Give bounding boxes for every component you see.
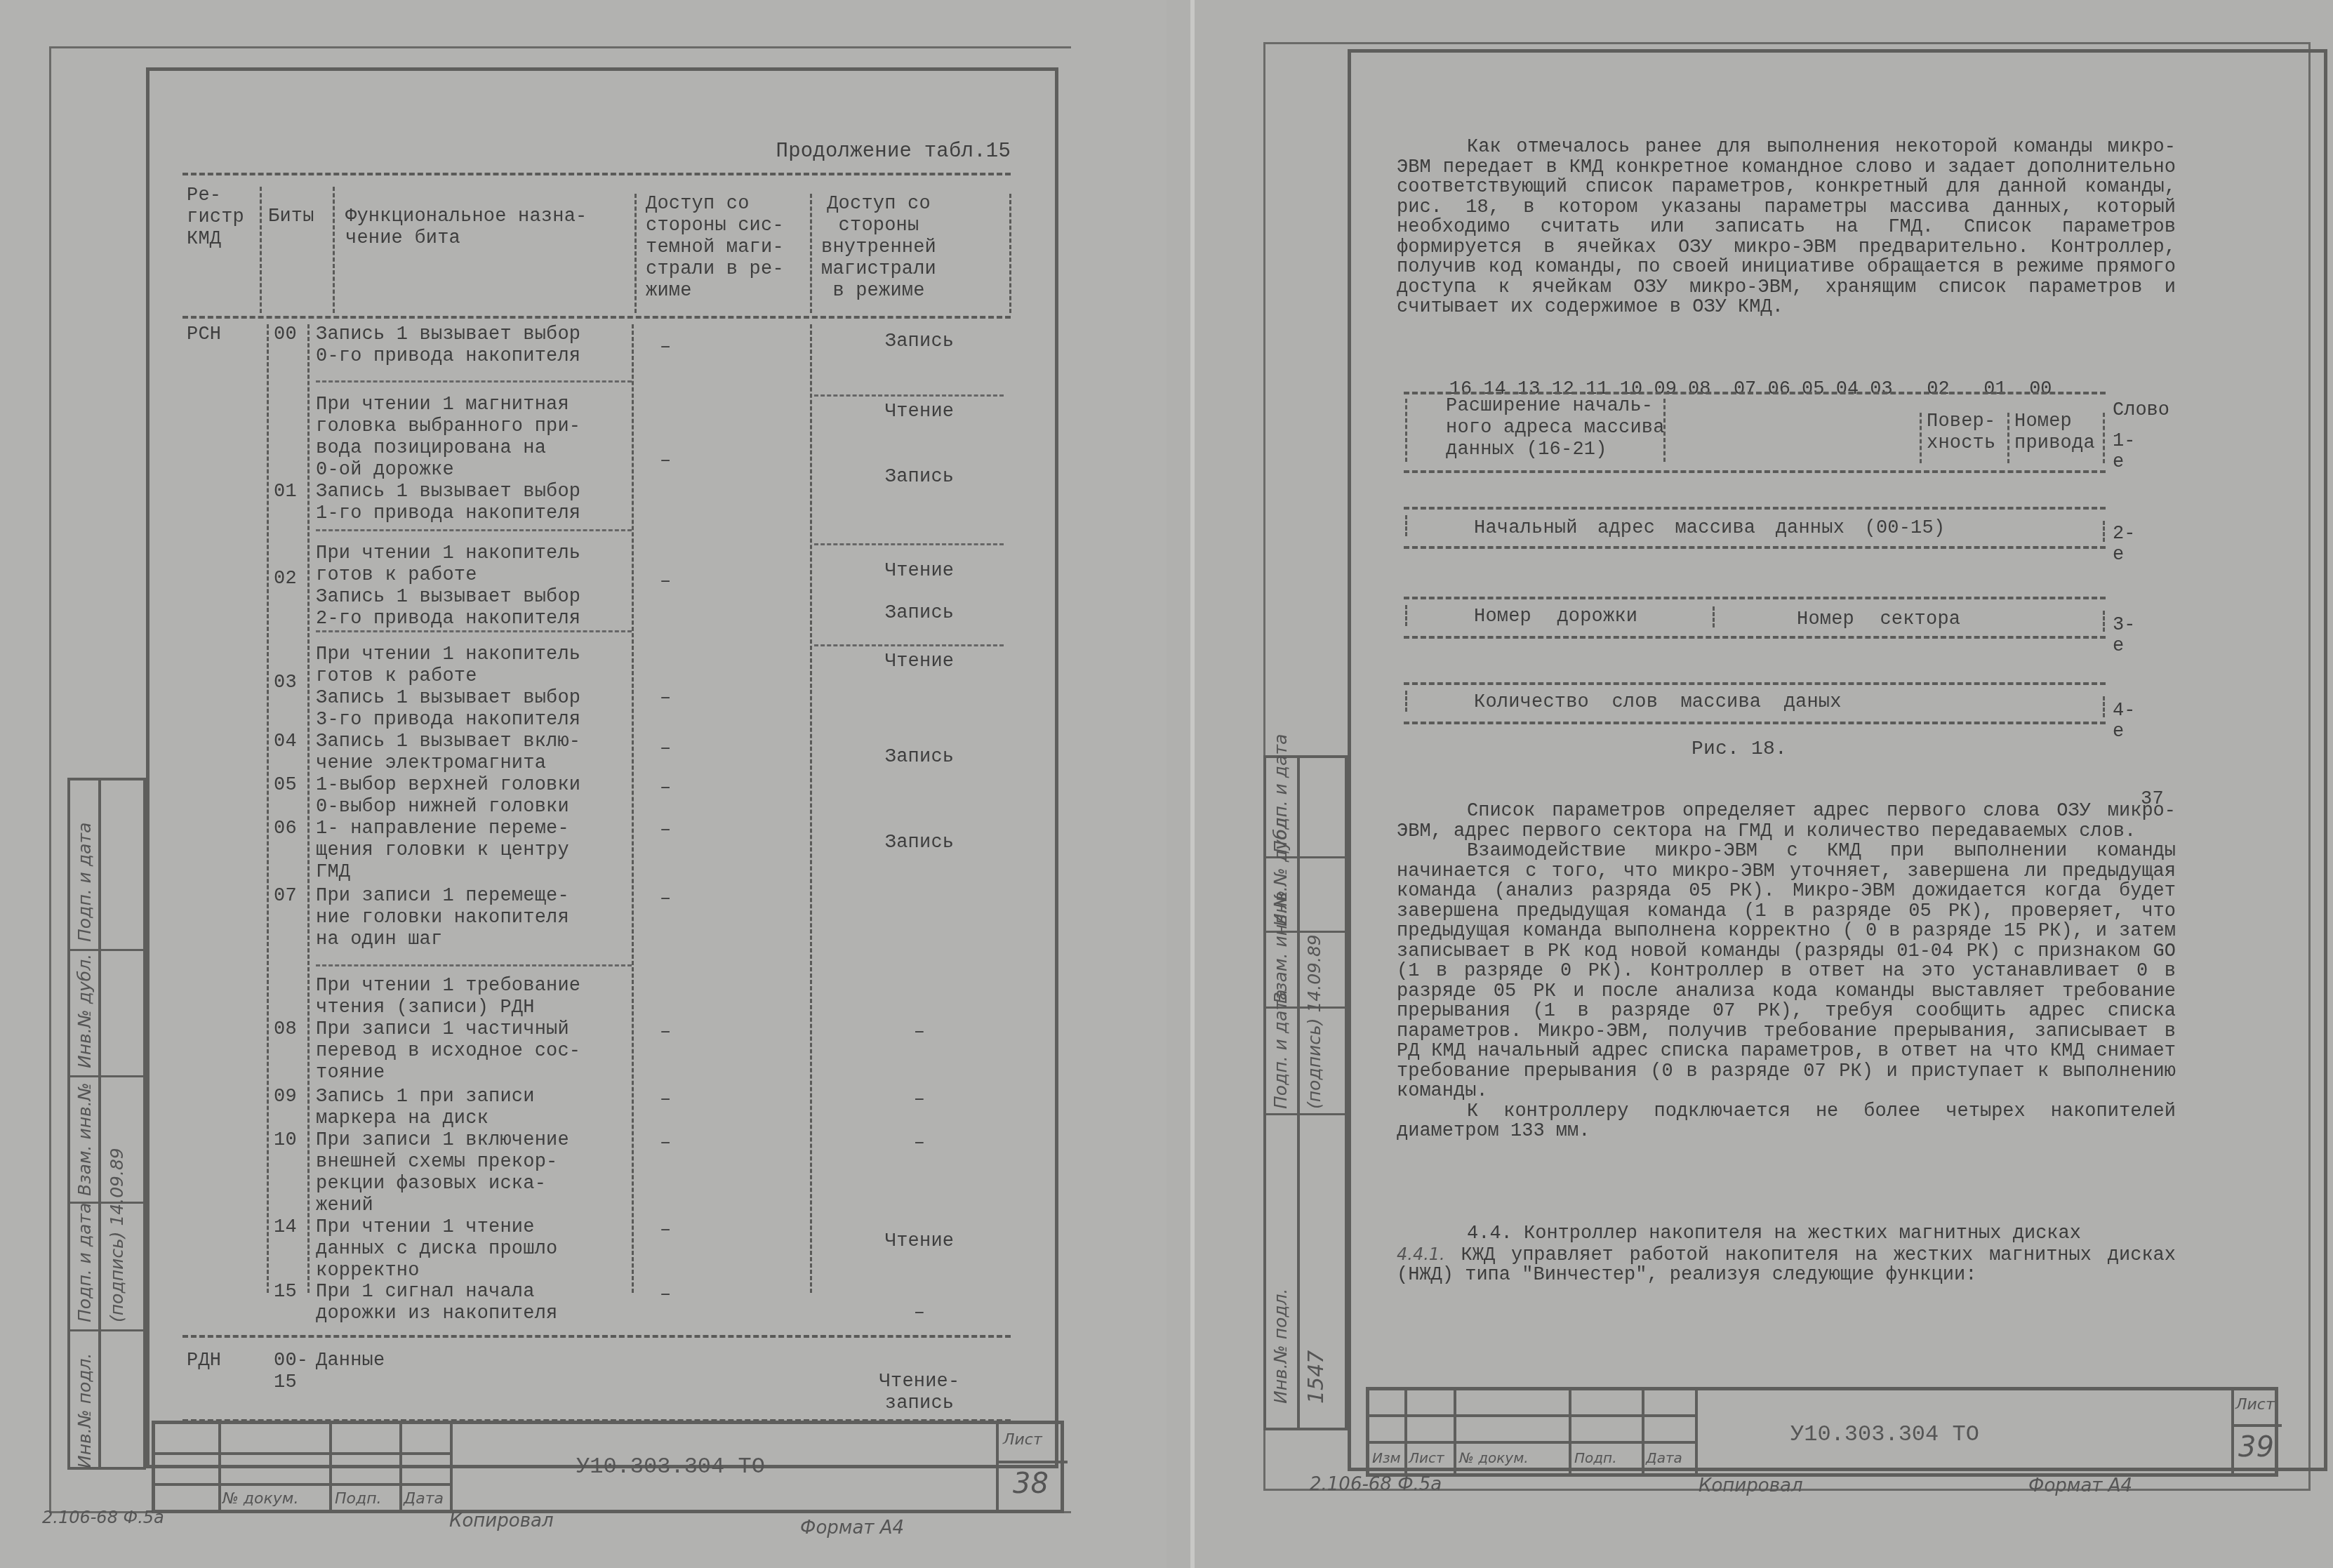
doc-number: У10.303.304 ТО <box>1790 1421 1979 1447</box>
cell-function: Запись 1 вызывает вклю- чение электромаг… <box>316 731 580 775</box>
cell-system-access: – <box>660 1220 671 1242</box>
cell-system-access: – <box>660 1133 671 1155</box>
paragraph-parameter-list: Список параметров определяет адрес перво… <box>1397 802 2176 1142</box>
cell-internal-access: – <box>835 1303 1004 1324</box>
cell-bit: 06 <box>274 818 297 840</box>
margin-label-replace-inv: Взам. инв.№ <box>74 1082 95 1196</box>
figure-word-1: Расширение началь- ного адреса массива д… <box>1404 392 2106 473</box>
cell-bit: 02 <box>274 569 297 590</box>
cell-function: При чтении 1 магнитная головка выбранног… <box>316 394 580 525</box>
header-bits: Биты <box>268 206 314 228</box>
word-label-3: 3-е <box>2113 615 2135 657</box>
cell-bit: 07 <box>274 886 297 908</box>
cell-register: РДН <box>187 1350 221 1372</box>
margin-label-sign-date-2: Подп. и дата <box>74 1203 95 1322</box>
cell-system-access: – <box>660 571 671 593</box>
right-title-block: Изм Лист № докум. Подп. Дата У10.303.304… <box>1366 1387 2278 1477</box>
left-title-block: № докум. Подп. Дата У10.303.304 ТО Лист … <box>152 1421 1064 1513</box>
col-label-docnum: № докум. <box>1459 1449 1529 1466</box>
cell-bit: 09 <box>274 1087 297 1108</box>
cell-internal-access: Чтение- запись <box>835 1371 1004 1415</box>
cell-function: При чтении 1 чтение данных с диска прошл… <box>316 1217 557 1282</box>
left-copied-label: Копировал <box>449 1510 554 1532</box>
cell-bit: 00 <box>274 324 297 346</box>
word-label-2: 2-е <box>2113 524 2135 566</box>
cell-internal-access: – <box>835 1089 1004 1111</box>
cell-function: При 1 сигнал начала дорожки из накопител… <box>316 1282 557 1325</box>
table-header: Ре- гистр КМД Биты Функциональное назна-… <box>182 173 1011 320</box>
cell-bit: 14 <box>274 1217 297 1239</box>
cell-bit: 08 <box>274 1019 297 1041</box>
document-spread: Подп. и дата Инв.№ дубл. Взам. инв.№ Под… <box>0 0 2333 1568</box>
figure-word-3: Номер дорожки Номер сектора 3-е <box>1404 597 2106 639</box>
section-subnumber: 4.4.1. <box>1397 1244 1445 1264</box>
col-label-sheet: Лист <box>1409 1449 1444 1466</box>
col-label-docnum: № докум. <box>222 1490 298 1508</box>
cell-internal-access: – <box>835 1022 1004 1044</box>
margin-value-sign-date: (подпись) 14.09.89 <box>107 1148 127 1322</box>
cell-system-access: – <box>660 1284 671 1306</box>
col-label-signature: Подп. <box>1574 1449 1617 1466</box>
margin-label-sign-date-1: Подп. и дата <box>74 823 95 942</box>
right-format-label: Формат А4 <box>2028 1475 2132 1496</box>
field-track-number: Номер дорожки <box>1474 606 1637 628</box>
cell-function: Данные <box>316 1350 385 1372</box>
left-page: Подп. и дата Инв.№ дубл. Взам. инв.№ Под… <box>0 0 1166 1568</box>
margin-value-sign-date: (подпись) 14.09.89 <box>1304 934 1324 1109</box>
cell-function: При чтении 1 требование чтения (записи) … <box>316 976 580 1084</box>
left-margin-stamp: Подп. и дата Инв.№ дубл. Взам. инв.№ Под… <box>67 778 146 1470</box>
table-continuation-title: Продолжение табл.15 <box>776 140 1011 162</box>
section-4-4: 4.4. Контроллер накопителя на жестких ма… <box>1397 1224 2176 1286</box>
cell-bit: 05 <box>274 775 297 797</box>
doc-number: У10.303.304 ТО <box>576 1454 765 1480</box>
cell-bit: 00- 15 <box>274 1350 308 1394</box>
col-label-change: Изм <box>1372 1449 1401 1466</box>
cell-internal-access: Чтение Запись <box>835 401 1004 489</box>
right-form-code: 2.106-68 Ф.5а <box>1310 1474 1442 1495</box>
field-drive-number: Номер привода <box>2014 411 2095 455</box>
figure-word-4: Количество слов массива даных 4-е <box>1404 682 2106 724</box>
cell-function: При записи 1 перемеще- ние головки накоп… <box>316 886 569 951</box>
figure-caption: Рис. 18. <box>1691 738 1787 760</box>
cell-internal-access: Запись <box>835 747 1004 769</box>
sheet-label: Лист <box>1003 1431 1042 1449</box>
cell-register: РСН <box>187 324 221 346</box>
margin-label-dup-inv: Инв.№ дубл. <box>74 954 95 1068</box>
col-label-signature: Подп. <box>335 1490 382 1508</box>
cell-function: При чтении 1 накопитель готов к работе З… <box>316 543 580 630</box>
sheet-label: Лист <box>2235 1396 2275 1414</box>
book-spine <box>1190 0 1195 1568</box>
cell-system-access: – <box>660 889 671 910</box>
right-copied-label: Копировал <box>1699 1475 1803 1496</box>
cell-bit: 03 <box>274 672 297 694</box>
cell-internal-access: Чтение Запись <box>835 550 1004 634</box>
cell-function: Запись 1 вызывает выбор 0-го привода нак… <box>316 324 580 368</box>
col-label-date: Дата <box>404 1490 444 1508</box>
cell-internal-access: Запись <box>835 331 1004 353</box>
header-function: Функциональное назна- чение бита <box>345 206 587 250</box>
left-format-label: Формат А4 <box>800 1517 904 1539</box>
paragraph-command-list: Как отмечалось ранее для выполнения неко… <box>1397 138 2176 318</box>
cell-system-access: – <box>660 451 671 472</box>
sheet-number: 39 <box>2238 1431 2274 1463</box>
header-register: Ре- гистр КМД <box>187 185 244 251</box>
field-word-count: Количество слов массива даных <box>1474 692 1842 714</box>
figure-word-header: Слово <box>2113 400 2169 421</box>
cell-bit: 01 <box>274 481 297 503</box>
margin-label-orig-inv: Инв.№ подл. <box>74 1353 95 1468</box>
margin-label-orig-inv: Инв.№ подл. <box>1270 1288 1291 1404</box>
cell-bit: 10 <box>274 1130 297 1152</box>
cell-system-access: – <box>660 738 671 760</box>
header-system-access: Доступ со стороны сис- темной маги- стра… <box>646 194 784 303</box>
paragraph-hdd-controller: КЖД управляет работой накопителя на жест… <box>1397 1245 2176 1287</box>
margin-value-inv-number: 1547 <box>1304 1350 1329 1404</box>
header-internal-access: Доступ со стороны внутренней магистрали … <box>821 194 936 303</box>
cell-function: 1- направление переме- щения головки к ц… <box>316 818 569 884</box>
cell-function: 1-выбор верхней головки 0-выбор нижней г… <box>316 775 580 818</box>
field-start-address: Начальный адрес массива данных (00-15) <box>1474 518 1945 540</box>
section-heading: 4.4. Контроллер накопителя на жестких ма… <box>1397 1224 2176 1244</box>
right-margin-stamp: Подп. и дата Инв.№ дубл. Взам. инв.№ Под… <box>1263 755 1348 1430</box>
field-address-extension: Расширение началь- ного адреса массива д… <box>1446 396 1665 461</box>
field-sector-number: Номер сектора <box>1797 609 1960 631</box>
margin-label-replace-inv: Взам. инв.№ <box>1270 890 1291 1004</box>
margin-label-sign-date-2: Подп. и дата <box>1270 990 1291 1109</box>
word-label-4: 4-е <box>2113 700 2135 743</box>
cell-internal-access: – <box>835 1133 1004 1155</box>
cell-internal-access: Чтение <box>835 1231 1004 1253</box>
cell-system-access: – <box>660 337 671 359</box>
cell-system-access: – <box>660 688 671 710</box>
cell-bit: 15 <box>274 1282 297 1303</box>
cell-internal-access: Чтение <box>835 651 1004 673</box>
col-label-date: Дата <box>1646 1449 1682 1466</box>
cell-function: При чтении 1 накопитель готов к работе З… <box>316 644 580 731</box>
cell-function: Запись 1 при записи маркера на диск <box>316 1087 535 1130</box>
paragraph-interaction: Взаимодействие микро-ЭВМ с КМД при выпол… <box>1397 842 2176 1102</box>
field-surface: Повер- хность <box>1927 411 1995 455</box>
word-label-1: 1-е <box>2113 431 2135 473</box>
cell-function: При записи 1 включение внешней схемы пре… <box>316 1130 569 1217</box>
left-form-code: 2.106-68 Ф.5а <box>42 1508 164 1527</box>
sheet-number: 38 <box>1013 1468 1049 1500</box>
cell-system-access: – <box>660 820 671 842</box>
figure-word-2: Начальный адрес массива данных (00-15) 2… <box>1404 507 2106 549</box>
cell-bit: 04 <box>274 731 297 753</box>
cell-system-access: – <box>660 1089 671 1111</box>
paragraph-drive-count: К контроллеру подключается не более четы… <box>1397 1102 2176 1142</box>
cell-system-access: – <box>660 1022 671 1044</box>
cell-system-access: – <box>660 778 671 799</box>
cell-internal-access: Запись <box>835 832 1004 854</box>
